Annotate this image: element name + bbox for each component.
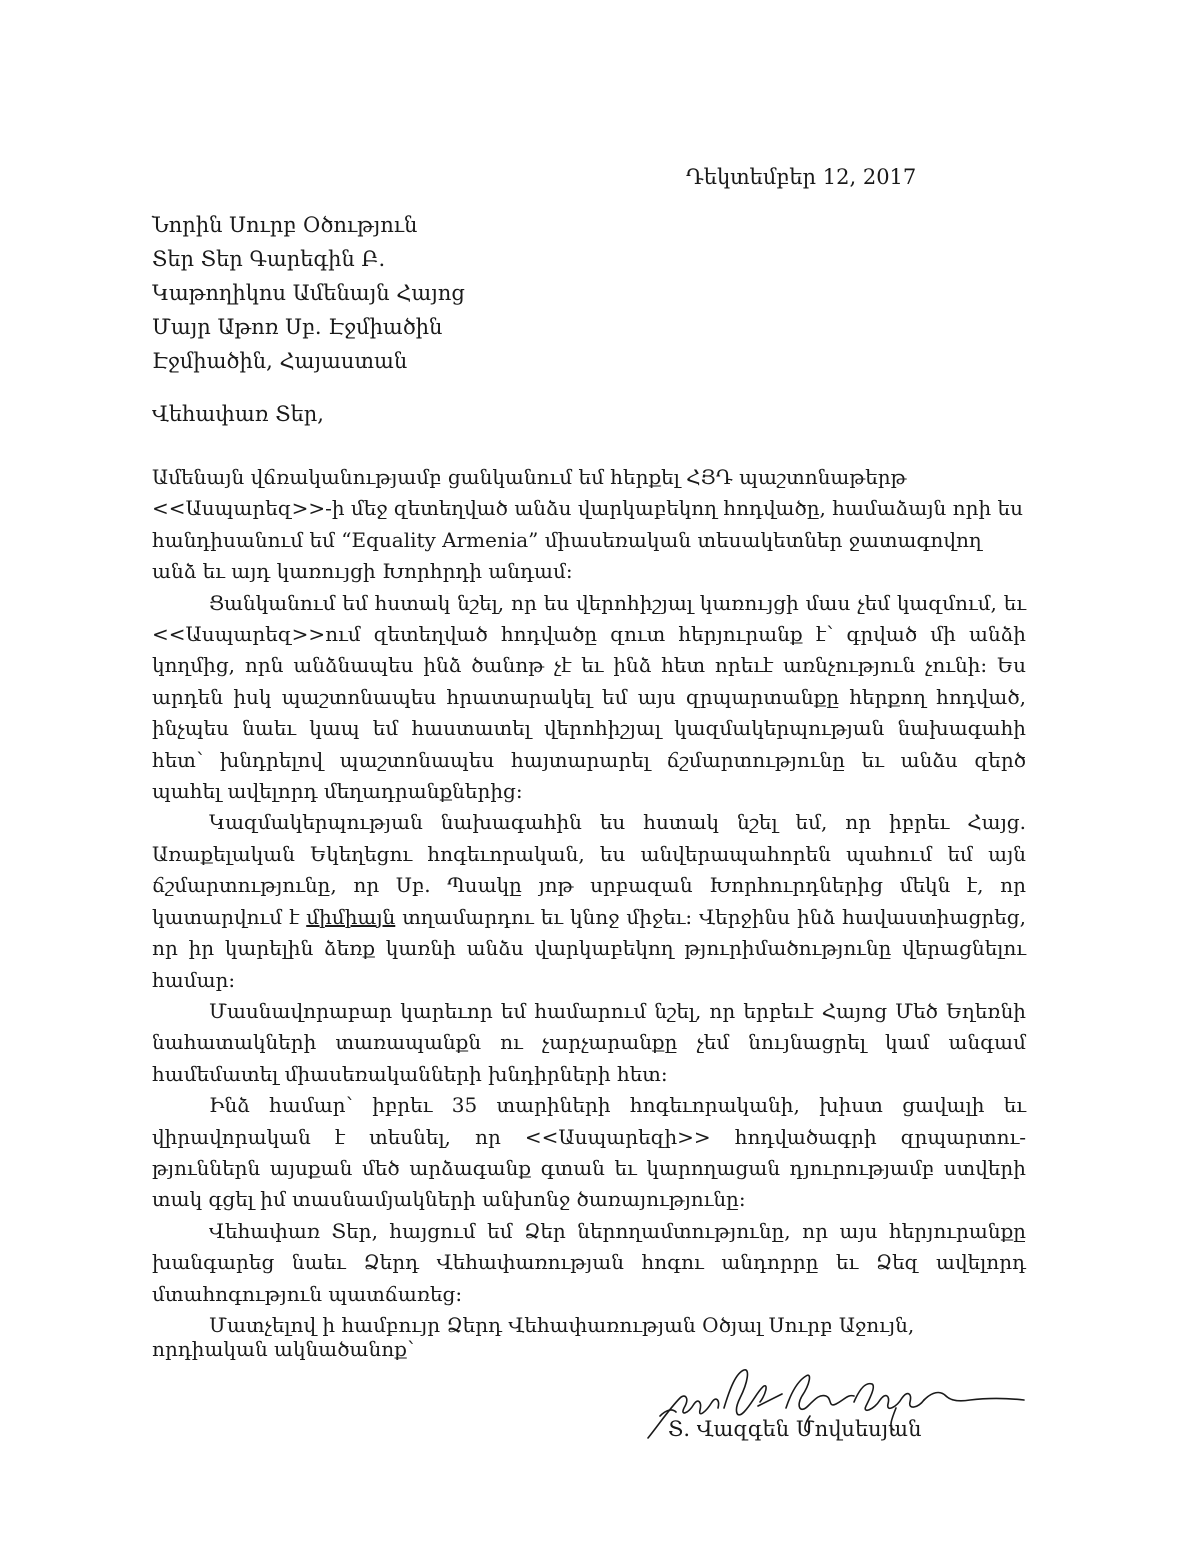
- paragraph-3: Կազմակերպության նախագահին ես հստակ նշել …: [152, 807, 1026, 995]
- address-line: Տեր Տեր Գարեգին Բ.: [152, 242, 465, 276]
- letter-page: Դեկտեմբեր 12, 2017 Նորին Սուրբ Օծություն…: [0, 0, 1200, 1552]
- emphasized-word: միմիայն: [306, 905, 395, 929]
- letter-date: Դեկտեմբեր 12, 2017: [686, 165, 916, 189]
- paragraph-2: Ցանկանում եմ հստակ նշել, որ ես վերոհիշյա…: [152, 588, 1026, 808]
- paragraph-5: Ինձ համար՝ իբրեւ 35 տարիների հոգեւորական…: [152, 1090, 1026, 1216]
- address-line: Նորին Սուրբ Օծություն: [152, 208, 465, 242]
- recipient-address: Նորին Սուրբ Օծություն Տեր Տեր Գարեգին Բ.…: [152, 208, 465, 378]
- signer-name: Տ. Վազգեն Մովսեսյան: [668, 1417, 921, 1441]
- paragraph-6: Վեհափառ Տեր, հայցում եմ Ձեր ներողամտությ…: [152, 1216, 1026, 1310]
- paragraph-1: Ամենայն վճռականությամբ ցանկանում եմ հերք…: [152, 462, 1026, 588]
- paragraph-4: Մասնավորաբար կարեւոր եմ համարում նշել, ո…: [152, 996, 1026, 1090]
- closing-phrase: որդիական ակնածանոք՝: [152, 1337, 414, 1361]
- address-line: Մայր Աթոռ Սբ. Էջմիածին: [152, 310, 465, 344]
- address-line: Էջմիածին, Հայաստան: [152, 344, 465, 378]
- salutation: Վեհափառ Տեր,: [152, 402, 324, 426]
- letter-body: Ամենայն վճռականությամբ ցանկանում եմ հերք…: [152, 462, 1026, 1341]
- address-line: Կաթողիկոս Ամենայն Հայոց: [152, 276, 465, 310]
